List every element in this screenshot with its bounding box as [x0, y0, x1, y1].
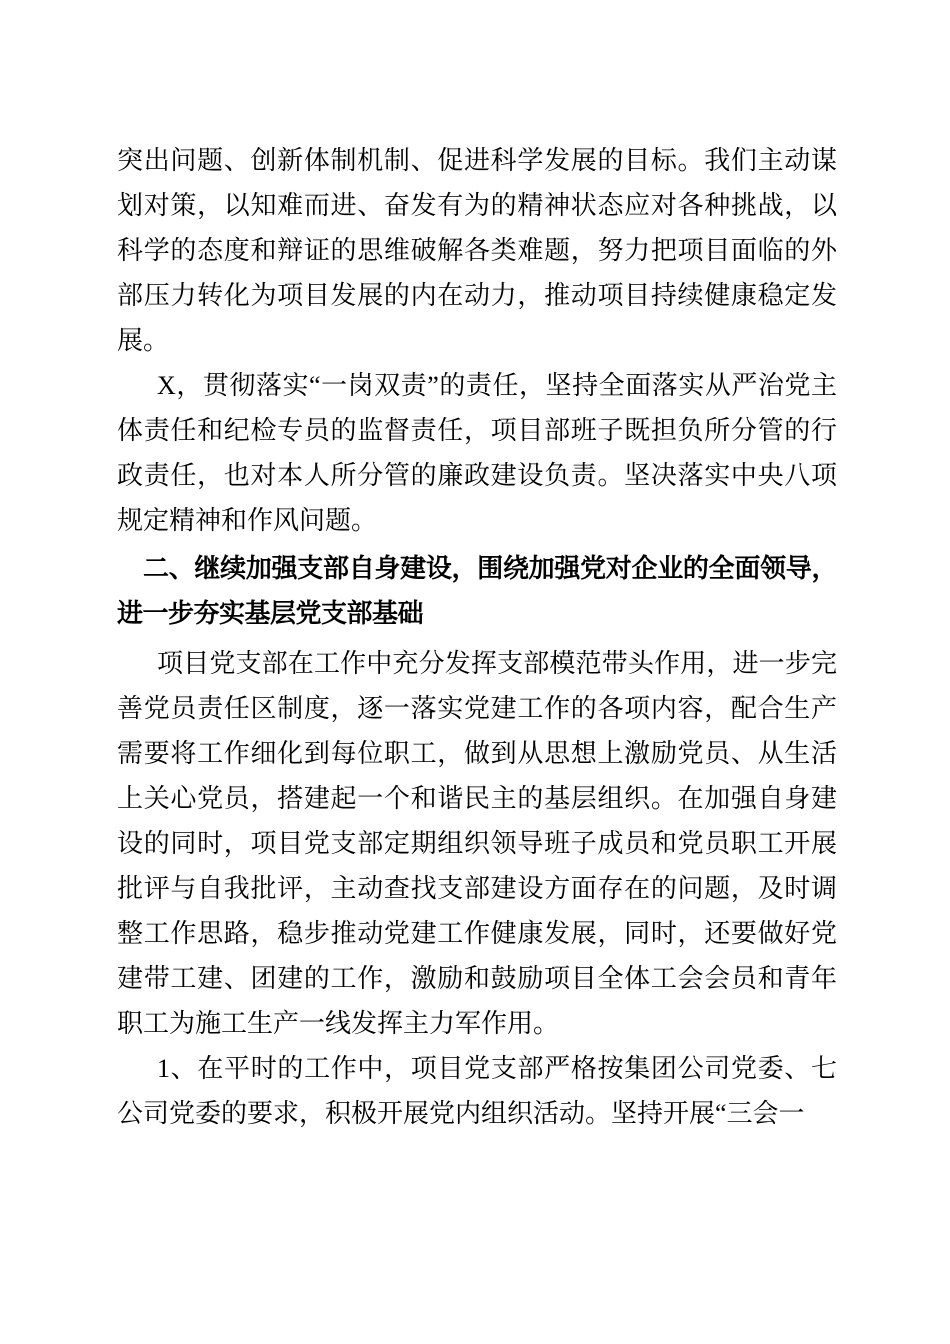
paragraph-4: 项目党支部在工作中充分发挥支部模范带头作用，进一步完善党员责任区制度，逐一落实党…: [117, 641, 837, 1046]
document-page: 突出问题、创新体制机制、促进科学发展的目标。我们主动谋划对策，以知难而进、奋发有…: [0, 0, 950, 1344]
document-text-block: 突出问题、创新体制机制、促进科学发展的目标。我们主动谋划对策，以知难而进、奋发有…: [117, 138, 837, 1136]
paragraph-2: X，贯彻落实“一岗双责”的责任，坚持全面落实从严治党主体责任和纪检专员的监督责任…: [117, 363, 837, 543]
section-heading: 二、继续加强支部自身建设，围绕加强党对企业的全面领导，进一步夯实基层党支部基础: [117, 546, 837, 636]
paragraph-5: 1、在平时的工作中，项目党支部严格按集团公司党委、七公司党委的要求，积极开展党内…: [117, 1046, 837, 1136]
paragraph-1: 突出问题、创新体制机制、促进科学发展的目标。我们主动谋划对策，以知难而进、奋发有…: [117, 138, 837, 363]
